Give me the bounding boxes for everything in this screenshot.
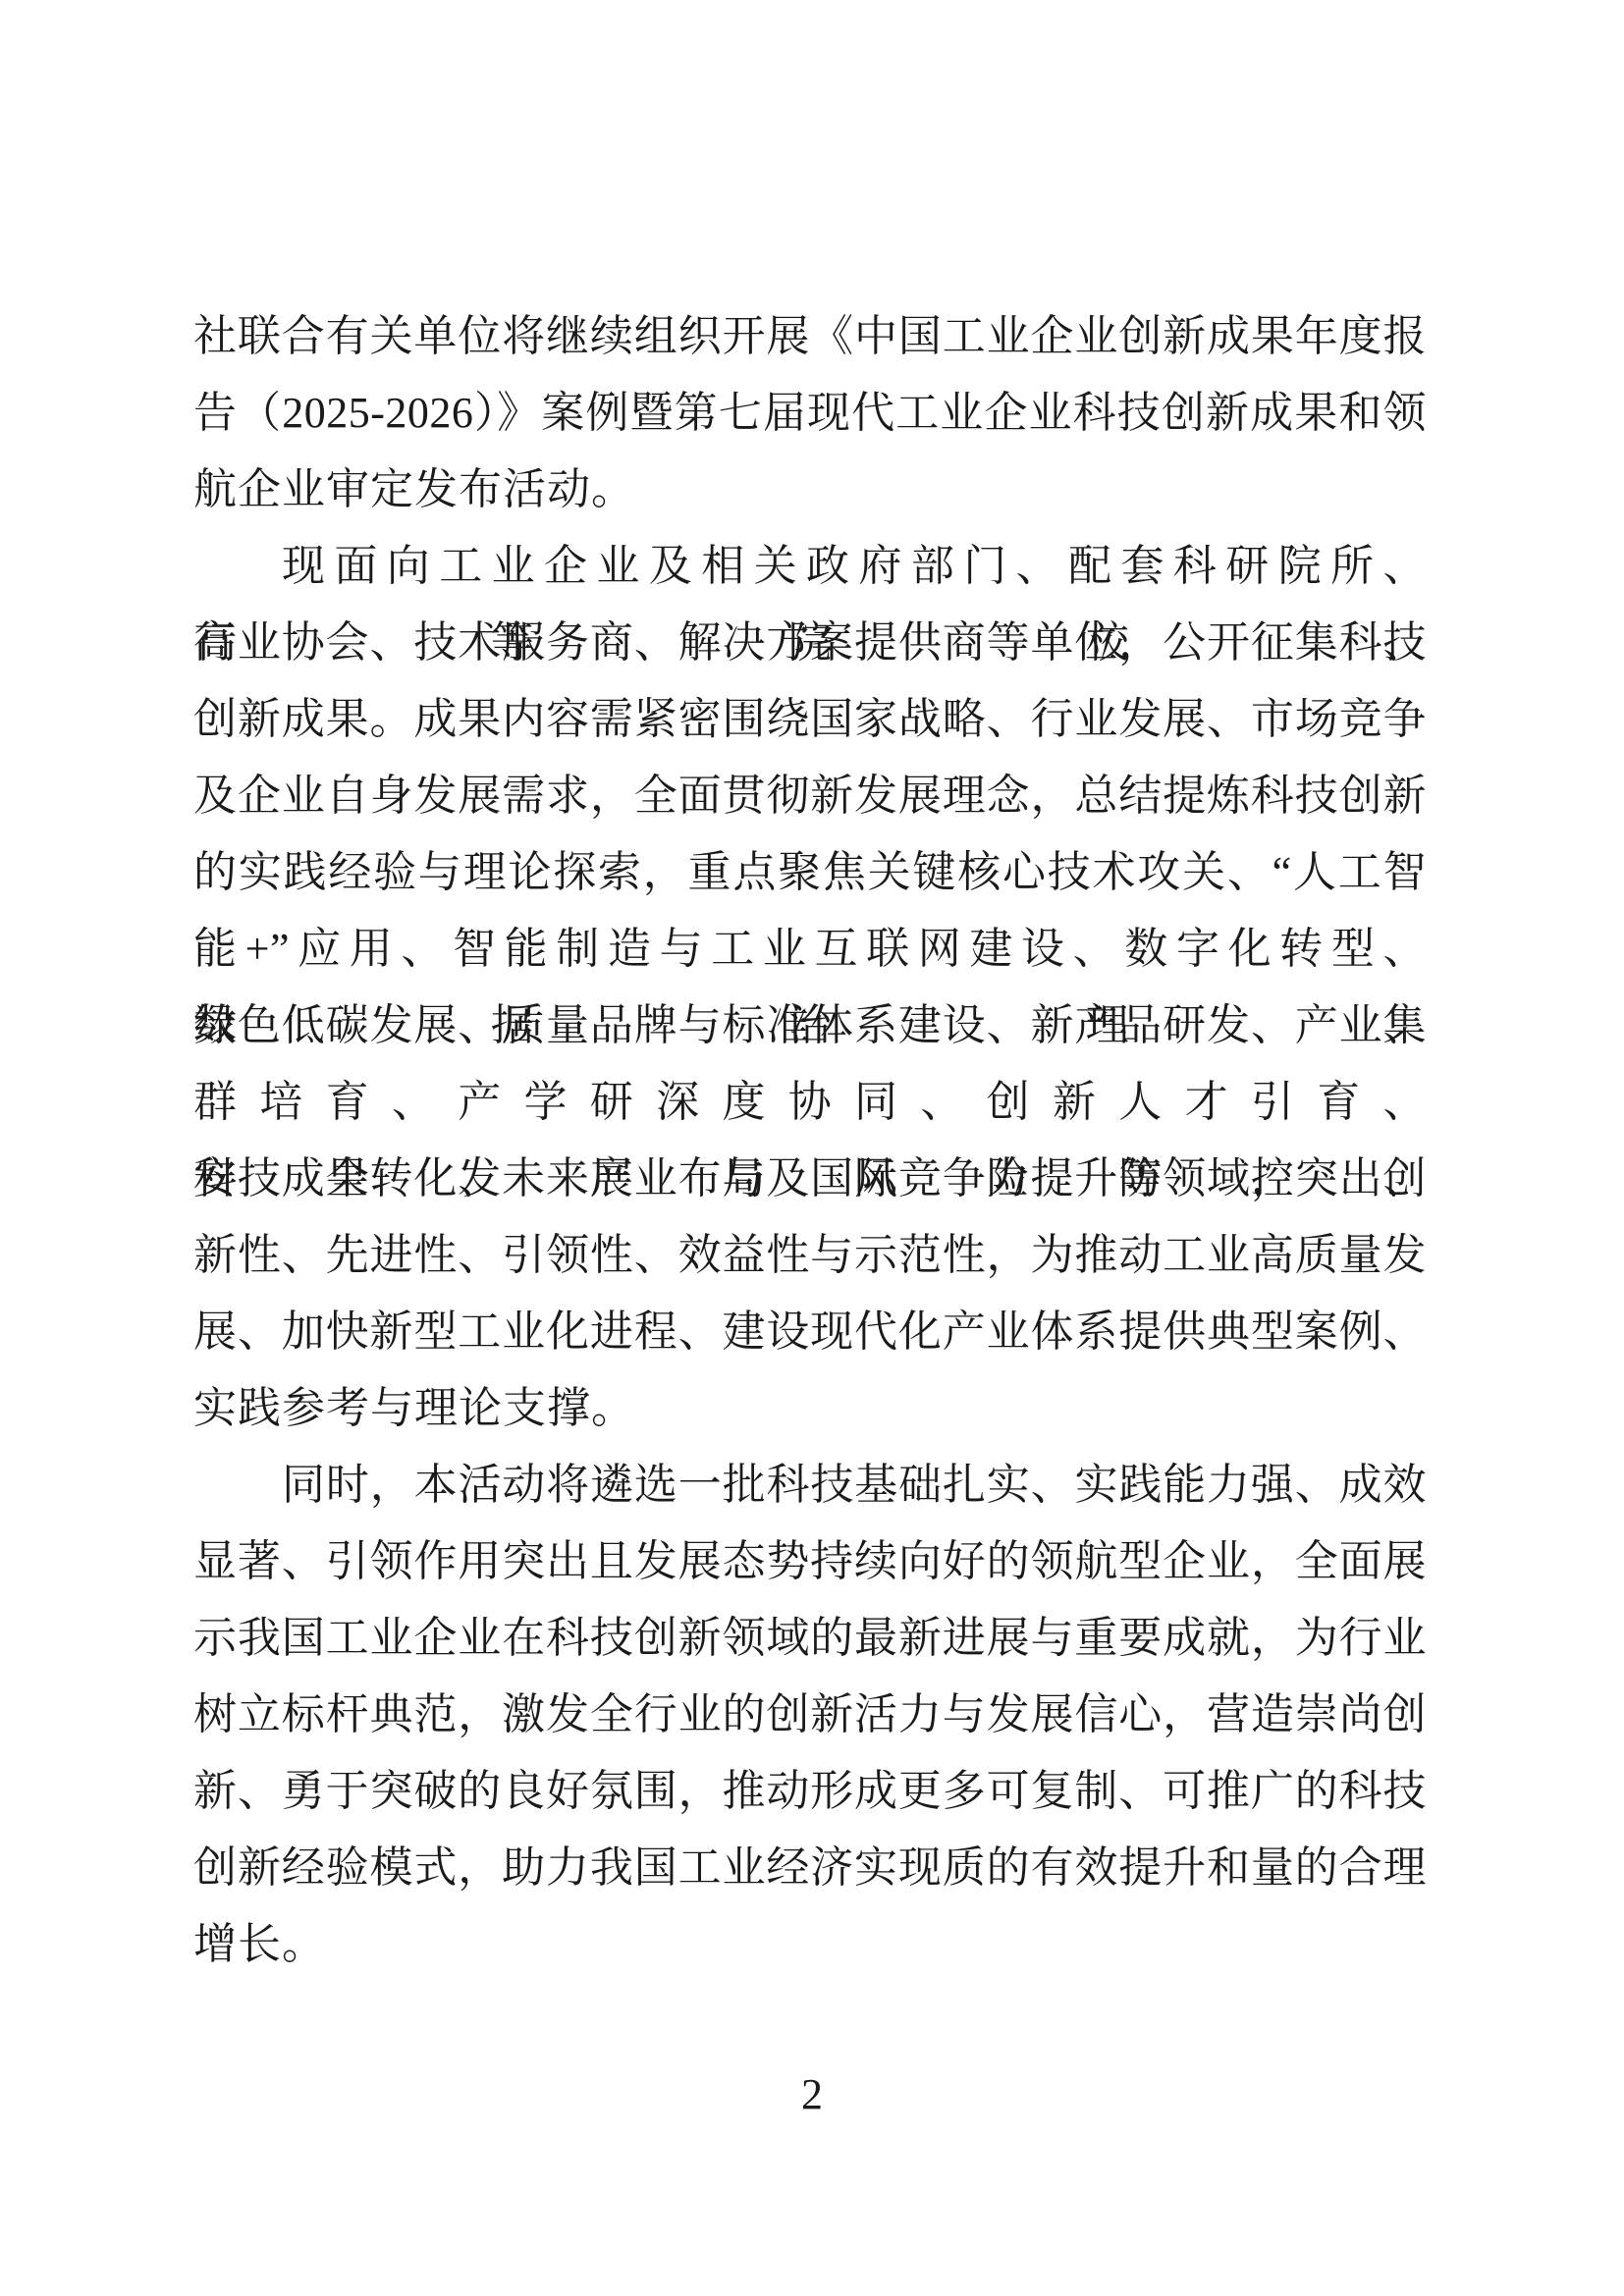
text-line: 增长。 (193, 1906, 1427, 1983)
text-line: 同时，本活动将遴选一批科技基础扎实、实践能力强、成效 (193, 1447, 1427, 1523)
text-line: 创新经验模式，助力我国工业经济实现质的有效提升和量的合理 (193, 1830, 1427, 1906)
text-line: 创新成果。成果内容需紧密围绕国家战略、行业发展、市场竞争 (193, 681, 1427, 758)
text-line: 航企业审定发布活动。 (193, 452, 1427, 528)
text-line: 科技成果转化、未来产业布局及国际竞争力提升等领域，突出创 (193, 1141, 1427, 1217)
document-body: 社联合有关单位将继续组织开展《中国工业企业创新成果年度报 告（2025-2026… (193, 298, 1427, 1983)
text-line: 群培育、产学研深度协同、创新人才引育、安全发展与风险防控、 (193, 1064, 1427, 1141)
text-line: 社联合有关单位将继续组织开展《中国工业企业创新成果年度报 (193, 298, 1427, 375)
text-line: 告（2025-2026）》案例暨第七届现代工业企业科技创新成果和领 (193, 375, 1427, 452)
text-line: 实践参考与理论支撑。 (193, 1370, 1427, 1447)
text-line: 新性、先进性、引领性、效益性与示范性，为推动工业高质量发 (193, 1217, 1427, 1294)
text-line: 示我国工业企业在科技创新领域的最新进展与重要成就，为行业 (193, 1600, 1427, 1677)
page-number: 2 (0, 2067, 1624, 2122)
text-line: 能+”应用、智能制造与工业互联网建设、数字化转型、数据治理、 (193, 911, 1427, 988)
text-line: 绿色低碳发展、质量品牌与标准体系建设、新产品研发、产业集 (193, 988, 1427, 1064)
text-line: 及企业自身发展需求，全面贯彻新发展理念，总结提炼科技创新 (193, 758, 1427, 834)
text-line: 树立标杆典范，激发全行业的创新活力与发展信心，营造崇尚创 (193, 1677, 1427, 1753)
text-line: 显著、引领作用突出且发展态势持续向好的领航型企业，全面展 (193, 1523, 1427, 1600)
text-line: 新、勇于突破的良好氛围，推动形成更多可复制、可推广的科技 (193, 1753, 1427, 1830)
text-line: 展、加快新型工业化进程、建设现代化产业体系提供典型案例、 (193, 1294, 1427, 1370)
text-line: 的实践经验与理论探索，重点聚焦关键核心技术攻关、“人工智 (193, 834, 1427, 911)
text-line: 现面向工业企业及相关政府部门、配套科研院所、高等院校、 (193, 528, 1427, 605)
scanned-document-page: 社联合有关单位将继续组织开展《中国工业企业创新成果年度报 告（2025-2026… (0, 0, 1624, 2296)
text-line: 行业协会、技术服务商、解决方案提供商等单位，公开征集科技 (193, 605, 1427, 681)
